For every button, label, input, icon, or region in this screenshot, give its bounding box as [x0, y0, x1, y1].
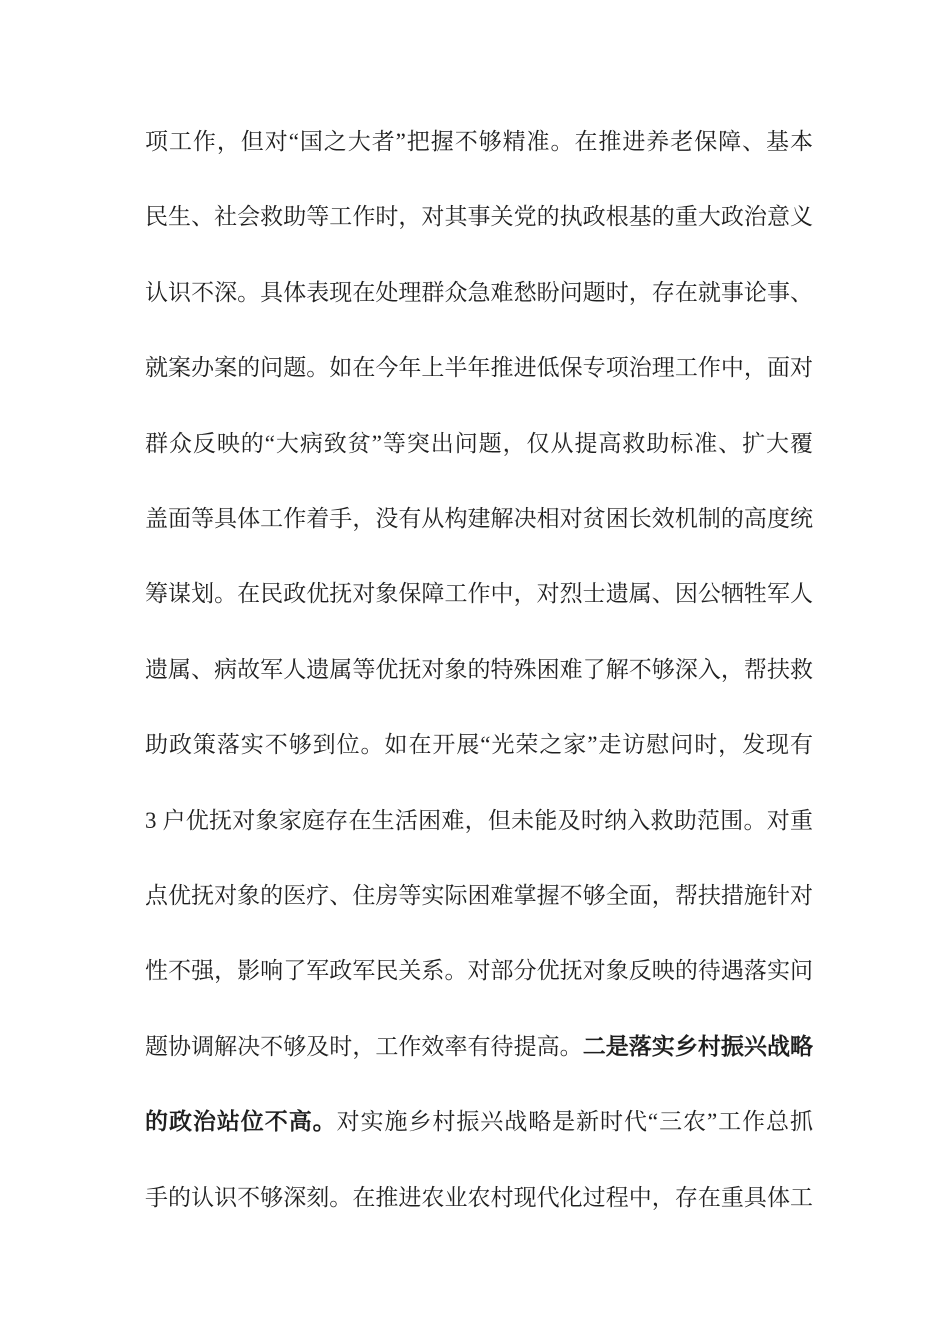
text-line: 手的认识不够深刻。在推进农业农村现代化过程中，存在重具体工: [145, 1160, 813, 1235]
bold-text-segment: 的政治站位不高。: [145, 1109, 337, 1134]
text-segment: 性不强，影响了军政军民关系。对部分优抚对象反映的待遇落实问: [145, 958, 813, 983]
text-segment: 对实施乡村振兴战略是新时代“三农”工作总抓: [337, 1109, 813, 1134]
document-body: 项工作，但对“国之大者”把握不够精准。在推进养老保障、基本民生、社会救助等工作时…: [145, 104, 813, 1235]
text-segment: 认识不深。具体表现在处理群众急难愁盼问题时，存在就事论事、: [145, 280, 813, 305]
text-segment: 筹谋划。在民政优抚对象保障工作中，对烈士遗属、因公牺牲军人: [145, 581, 813, 606]
document-page: 项工作，但对“国之大者”把握不够精准。在推进养老保障、基本民生、社会救助等工作时…: [0, 0, 950, 1344]
text-segment: 盖面等具体工作着手，没有从构建解决相对贫困长效机制的高度统: [145, 506, 813, 531]
text-line: 的政治站位不高。对实施乡村振兴战略是新时代“三农”工作总抓: [145, 1084, 813, 1159]
bold-text-segment: 二是落实乡村振兴战略: [583, 1034, 813, 1059]
text-line: 认识不深。具体表现在处理群众急难愁盼问题时，存在就事论事、: [145, 255, 813, 330]
text-segment: 就案办案的问题。如在今年上半年推进低保专项治理工作中，面对: [145, 355, 813, 380]
text-line: 项工作，但对“国之大者”把握不够精准。在推进养老保障、基本: [145, 104, 813, 179]
text-segment: 遗属、病故军人遗属等优抚对象的特殊困难了解不够深入，帮扶救: [145, 657, 813, 682]
text-segment: 项工作，但对“国之大者”把握不够精准。在推进养老保障、基本: [145, 129, 813, 154]
text-line: 助政策落实不够到位。如在开展“光荣之家”走访慰问时，发现有: [145, 707, 813, 782]
text-line: 性不强，影响了军政军民关系。对部分优抚对象反映的待遇落实问: [145, 933, 813, 1008]
text-segment: 3 户优抚对象家庭存在生活困难，但未能及时纳入救助范围。对重: [145, 808, 813, 833]
text-line: 遗属、病故军人遗属等优抚对象的特殊困难了解不够深入，帮扶救: [145, 632, 813, 707]
text-line: 盖面等具体工作着手，没有从构建解决相对贫困长效机制的高度统: [145, 481, 813, 556]
text-line: 筹谋划。在民政优抚对象保障工作中，对烈士遗属、因公牺牲军人: [145, 556, 813, 631]
text-line: 民生、社会救助等工作时，对其事关党的执政根基的重大政治意义: [145, 179, 813, 254]
text-segment: 手的认识不够深刻。在推进农业农村现代化过程中，存在重具体工: [145, 1185, 813, 1210]
text-line: 题协调解决不够及时，工作效率有待提高。二是落实乡村振兴战略: [145, 1009, 813, 1084]
text-segment: 点优抚对象的医疗、住房等实际困难掌握不够全面，帮扶措施针对: [145, 883, 813, 908]
text-line: 3 户优抚对象家庭存在生活困难，但未能及时纳入救助范围。对重: [145, 783, 813, 858]
text-line: 就案办案的问题。如在今年上半年推进低保专项治理工作中，面对: [145, 330, 813, 405]
text-line: 群众反映的“大病致贫”等突出问题，仅从提高救助标准、扩大覆: [145, 406, 813, 481]
text-line: 点优抚对象的医疗、住房等实际困难掌握不够全面，帮扶措施针对: [145, 858, 813, 933]
text-segment: 题协调解决不够及时，工作效率有待提高。: [145, 1034, 583, 1059]
text-segment: 民生、社会救助等工作时，对其事关党的执政根基的重大政治意义: [145, 204, 813, 229]
text-segment: 群众反映的“大病致贫”等突出问题，仅从提高救助标准、扩大覆: [145, 431, 813, 456]
text-segment: 助政策落实不够到位。如在开展“光荣之家”走访慰问时，发现有: [145, 732, 813, 757]
